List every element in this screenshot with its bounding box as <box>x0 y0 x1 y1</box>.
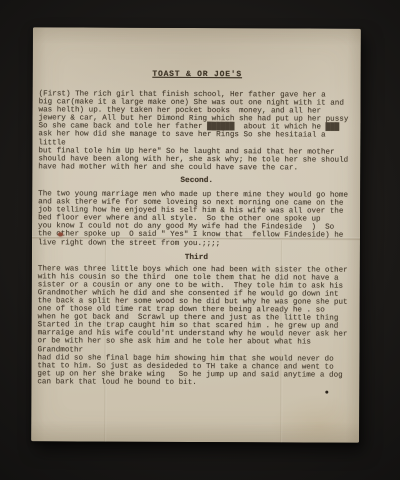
paragraph-second: The two young marriage men who made up t… <box>38 190 355 248</box>
paper-speck <box>325 391 328 394</box>
paragraph-third: There was three little boys which one ha… <box>37 265 355 388</box>
document-title: TOAST & OR JOE'S <box>39 69 356 79</box>
heading-second: Second. <box>38 176 355 185</box>
heading-third: Third <box>38 253 355 262</box>
photo-background: TOAST & OR JOE'S (First) The rich girl t… <box>0 0 400 480</box>
document-page: TOAST & OR JOE'S (First) The rich girl t… <box>31 27 361 442</box>
ink-spot <box>58 232 63 236</box>
paragraph-first: (First) The rich girl that finish school… <box>38 90 355 172</box>
